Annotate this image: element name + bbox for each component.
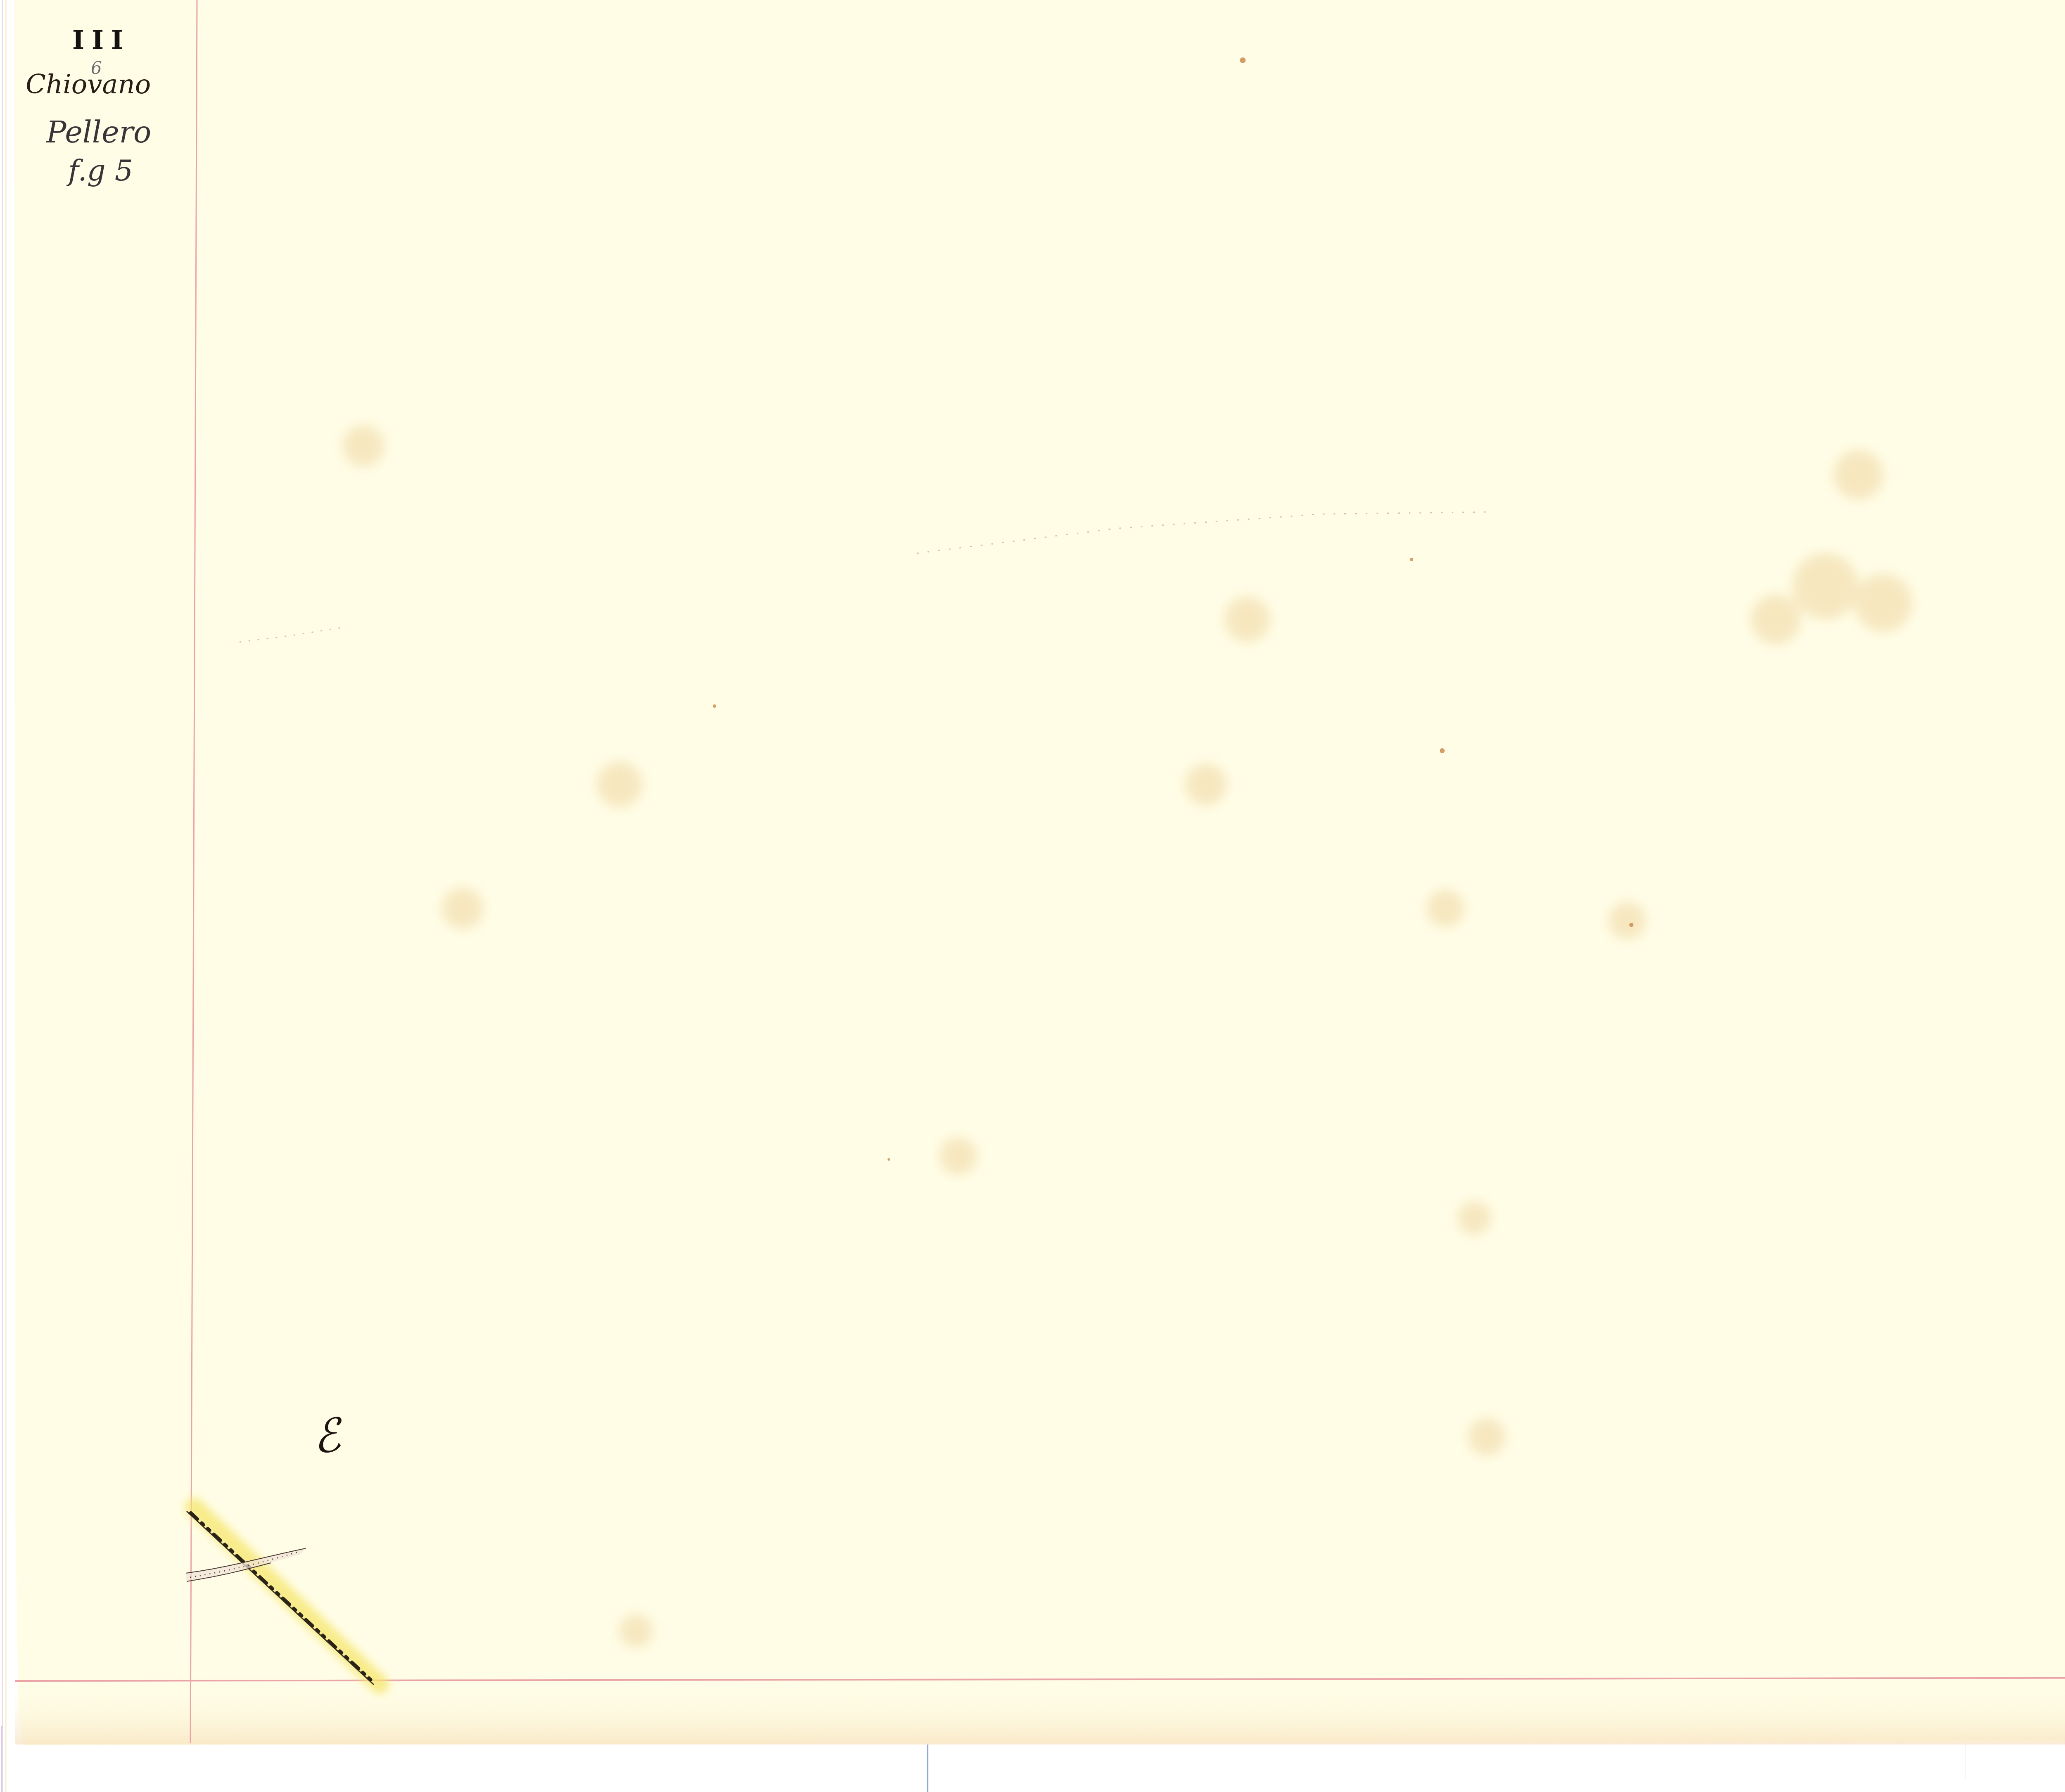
paper-sheet	[14, 0, 2065, 1745]
handwritten-note-line-2: f.g 5	[68, 154, 133, 187]
place-name: Chiovano	[26, 69, 151, 100]
scanned-map-sheet	[0, 0, 2065, 1792]
volume-number: III	[72, 25, 131, 55]
handwritten-note-line-1: Pellero	[46, 115, 151, 149]
